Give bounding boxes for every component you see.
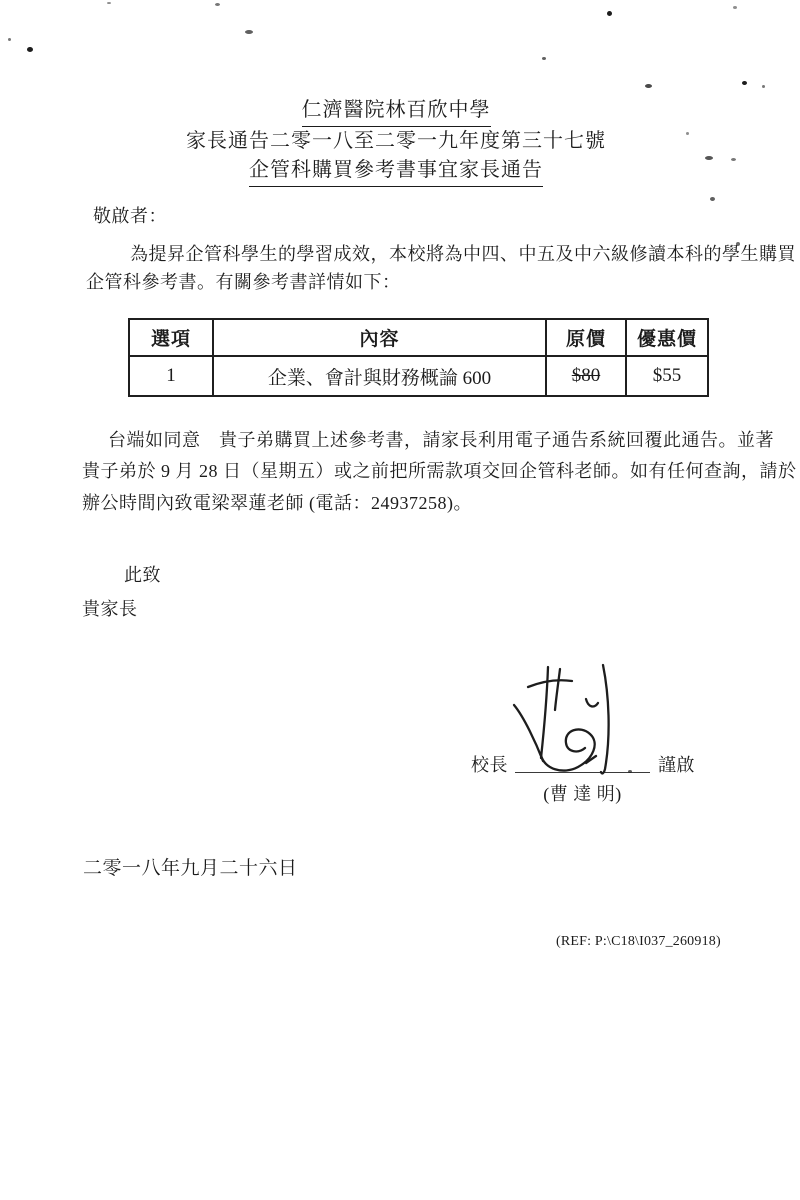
- scan-speckle: [607, 11, 612, 16]
- notice-date: 二零一八年九月二十六日: [83, 853, 298, 880]
- scan-speckle: [733, 6, 737, 9]
- scan-speckle: [762, 85, 765, 88]
- scan-speckle: [8, 38, 11, 41]
- signature-role-label: 校長: [471, 751, 508, 777]
- scan-speckle: [107, 2, 111, 4]
- col-header-discount-price: 優惠價: [626, 319, 708, 356]
- para2-line2: 貴子弟於 9 月 28 日（星期五）或之前把所需款項交回企管科老師。如有任何查詢…: [82, 457, 797, 483]
- notice-subject: 企管科購買參考書事宜家長通告: [0, 156, 792, 187]
- table-row: 1 企業、會計與財務概論 600 $80 $55: [129, 356, 708, 396]
- principal-name: (曹 達 明): [515, 780, 650, 806]
- para2-line3: 辦公時間內致電梁翠蓮老師 (電話：24937258)。: [82, 489, 472, 515]
- notice-number: 家長通告二零一八至二零一九年度第三十七號: [0, 127, 792, 156]
- reference-code: (REF: P:\C18\I037_260918): [556, 934, 721, 950]
- cell-discount-price: $55: [626, 356, 708, 396]
- handwritten-signature: [508, 655, 622, 781]
- table-header-row: 選項 內容 原價 優惠價: [129, 319, 708, 356]
- closing-salute: 此致: [124, 561, 161, 587]
- scan-speckle: [742, 81, 747, 85]
- school-name: 仁濟醫院林百欣中學: [0, 96, 792, 127]
- para1-line2: 企管科參考書。有關參考書詳情如下：: [86, 268, 401, 294]
- scan-speckle: [736, 242, 740, 246]
- scan-speckle: [628, 770, 632, 773]
- cell-option: 1: [129, 356, 213, 396]
- col-header-content: 內容: [213, 319, 546, 356]
- signature-complimentary-close: 謹啟: [658, 751, 695, 777]
- scan-speckle: [731, 158, 736, 161]
- col-header-option: 選項: [129, 319, 213, 356]
- scan-speckle: [27, 47, 33, 52]
- para2-line1: 台端如同意 貴子弟購買上述參考書，請家長利用電子通告系統回覆此通告。並著: [108, 426, 774, 452]
- notice-header: 仁濟醫院林百欣中學 家長通告二零一八至二零一九年度第三十七號 企管科購買參考書事…: [0, 96, 792, 187]
- book-price-table: 選項 內容 原價 優惠價 1 企業、會計與財務概論 600 $80 $55: [128, 318, 709, 397]
- scan-speckle: [705, 156, 713, 160]
- scan-speckle: [645, 84, 652, 88]
- cell-original-price: $80: [546, 356, 626, 396]
- scan-speckle: [245, 30, 253, 34]
- para1-line1: 為提昇企管科學生的學習成效，本校將為中四、中五及中六級修讀本科的學生購買: [130, 240, 796, 266]
- cell-content: 企業、會計與財務概論 600: [213, 356, 546, 396]
- salutation: 敬啟者：: [93, 202, 167, 228]
- scan-speckle: [686, 132, 689, 135]
- scan-speckle: [542, 57, 546, 60]
- struck-price: $80: [572, 365, 601, 386]
- col-header-original-price: 原價: [546, 319, 626, 356]
- scanned-notice-page: 仁濟醫院林百欣中學 家長通告二零一八至二零一九年度第三十七號 企管科購買參考書事…: [0, 0, 800, 1200]
- closing-recipient: 貴家長: [82, 595, 138, 621]
- scan-speckle: [710, 197, 715, 201]
- scan-speckle: [215, 3, 220, 6]
